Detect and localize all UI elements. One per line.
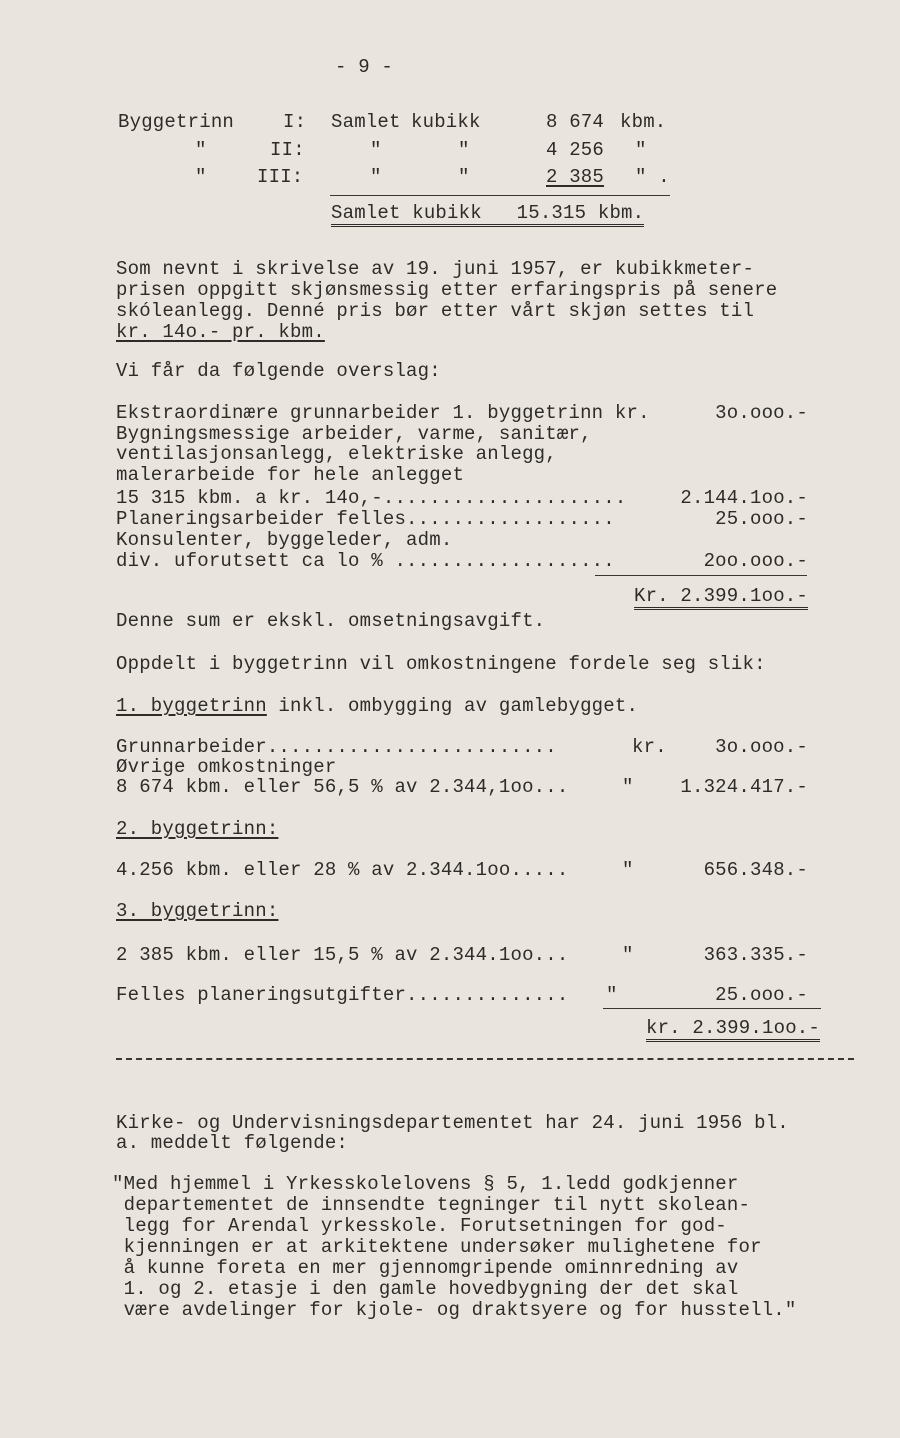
ministry-line-1: a. meddelt følgende: <box>116 1133 348 1153</box>
vt-desc2-0: kubikk <box>411 112 481 132</box>
s1-amount-2: 1.324.417.- <box>680 777 808 797</box>
quote-line-0: "Med hjemmel i Yrkesskolelovens § 5, 1.l… <box>112 1174 739 1194</box>
est-line-7: div. uforutsett ca lo % ................… <box>116 551 615 571</box>
page-number: - 9 - <box>335 57 393 77</box>
breakdown-sum-rule <box>603 1008 821 1009</box>
p1-line-2: skóleanlegg. Denné pris bør etter vårt s… <box>116 301 754 321</box>
ministry-line-0: Kirke- og Undervisningsdepartementet har… <box>116 1113 789 1133</box>
quote-line-2: legg for Arendal yrkesskole. Forutsetnin… <box>112 1216 727 1236</box>
est-line-4: 15 315 kbm. a kr. 14o,-.................… <box>116 488 626 508</box>
est-amount-4: 2.144.1oo.- <box>680 488 808 508</box>
estimate-sum-rule <box>595 575 807 576</box>
estimate-intro: Vi får da følgende overslag: <box>116 361 441 381</box>
vt-value-2: 2 385 <box>546 167 604 187</box>
quote-line-3: kjenningen er at arkitektene undersøker … <box>112 1237 762 1257</box>
est-line-6: Konsulenter, byggeleder, adm. <box>116 530 452 550</box>
vt-desc2-1: " <box>458 140 470 160</box>
stage-1-heading-row: 1. byggetrinn inkl. ombygging av gamleby… <box>116 696 638 716</box>
vt-unit-0: kbm. <box>620 112 666 132</box>
volume-total: Samlet kubikk 15.315 kbm. <box>331 203 644 227</box>
s1-line-2: 8 674 kbm. eller 56,5 % av 2.344,1oo... <box>116 777 568 797</box>
vt-desc1-0: Samlet <box>331 112 401 132</box>
common-prefix: " <box>606 985 618 1005</box>
s1-amount-0: 3o.ooo.- <box>715 737 808 757</box>
document-page: - 9 - Byggetrinn I: Samlet kubikk 8 674 … <box>0 0 900 1438</box>
s1-line-1: Øvrige omkostninger <box>116 757 336 777</box>
stage-1-heading-rest: inkl. ombygging av gamlebygget. <box>267 695 638 717</box>
p1-line-1: prisen oppgitt skjønsmessig etter erfari… <box>116 280 777 300</box>
s1-line-0: Grunnarbeider......................... <box>116 737 557 757</box>
quote-line-5: 1. og 2. etasje i den gamle hovedbygning… <box>112 1279 739 1299</box>
vt-value-1: 4 256 <box>546 140 604 160</box>
estimate-total: Kr. 2.399.1oo.- <box>634 586 808 610</box>
vt-unit-1: " <box>635 140 647 160</box>
stage-3-heading: 3. byggetrinn: <box>116 901 278 921</box>
est-line-3: malerarbeide for hele anlegget <box>116 465 464 485</box>
vt-stage-0: I: <box>283 112 306 132</box>
est-amount-7: 2oo.ooo.- <box>704 551 808 571</box>
common-amount: 25.ooo.- <box>715 985 808 1005</box>
s3-prefix: " <box>622 945 634 965</box>
est-amount-0: 3o.ooo.- <box>715 403 808 423</box>
quote-line-1: departementet de innsendte tegninger til… <box>112 1195 750 1215</box>
s2-amount: 656.348.- <box>704 860 808 880</box>
vt-stage-1: II: <box>270 140 305 160</box>
vat-note: Denne sum er ekskl. omsetningsavgift. <box>116 611 545 631</box>
price-per-kbm: kr. 14o.- pr. kbm. <box>116 322 325 342</box>
vt-label-0: Byggetrinn <box>118 112 234 132</box>
stage-2-heading: 2. byggetrinn: <box>116 819 278 839</box>
volume-sum-rule <box>330 195 670 196</box>
s1-prefix-2: " <box>622 777 634 797</box>
vt-desc1-1: " <box>370 140 382 160</box>
stage-1-heading: 1. byggetrinn <box>116 695 267 717</box>
section-divider <box>116 1058 854 1060</box>
vt-desc1-2: " <box>370 167 382 187</box>
p1-line-0: Som nevnt i skrivelse av 19. juni 1957, … <box>116 259 754 279</box>
quote-line-4: å kunne foreta en mer gjennomgripende om… <box>112 1258 739 1278</box>
vt-stage-2: III: <box>257 167 303 187</box>
breakdown-intro: Oppdelt i byggetrinn vil omkostningene f… <box>116 654 766 674</box>
s2-line: 4.256 kbm. eller 28 % av 2.344.1oo..... <box>116 860 568 880</box>
s3-line: 2 385 kbm. eller 15,5 % av 2.344.1oo... <box>116 945 568 965</box>
vt-value-0: 8 674 <box>546 112 604 132</box>
s1-prefix-0: kr. <box>632 737 667 757</box>
vt-label-1: " <box>195 140 207 160</box>
vt-label-2: " <box>195 167 207 187</box>
vt-unit-2: " . <box>635 167 670 187</box>
est-line-0: Ekstraordinære grunnarbeider 1. byggetri… <box>116 403 650 423</box>
s2-prefix: " <box>622 860 634 880</box>
common-line: Felles planeringsutgifter.............. <box>116 985 568 1005</box>
vt-desc2-2: " <box>458 167 470 187</box>
est-line-5: Planeringsarbeider felles...............… <box>116 509 615 529</box>
quote-line-6: være avdelinger for kjole- og draktsyere… <box>112 1300 797 1320</box>
est-line-1: Bygningsmessige arbeider, varme, sanitær… <box>116 424 592 444</box>
est-amount-5: 25.ooo.- <box>715 509 808 529</box>
est-line-2: ventilasjonsanlegg, elektriske anlegg, <box>116 444 557 464</box>
grand-total: kr. 2.399.1oo.- <box>646 1018 820 1042</box>
s3-amount: 363.335.- <box>704 945 808 965</box>
